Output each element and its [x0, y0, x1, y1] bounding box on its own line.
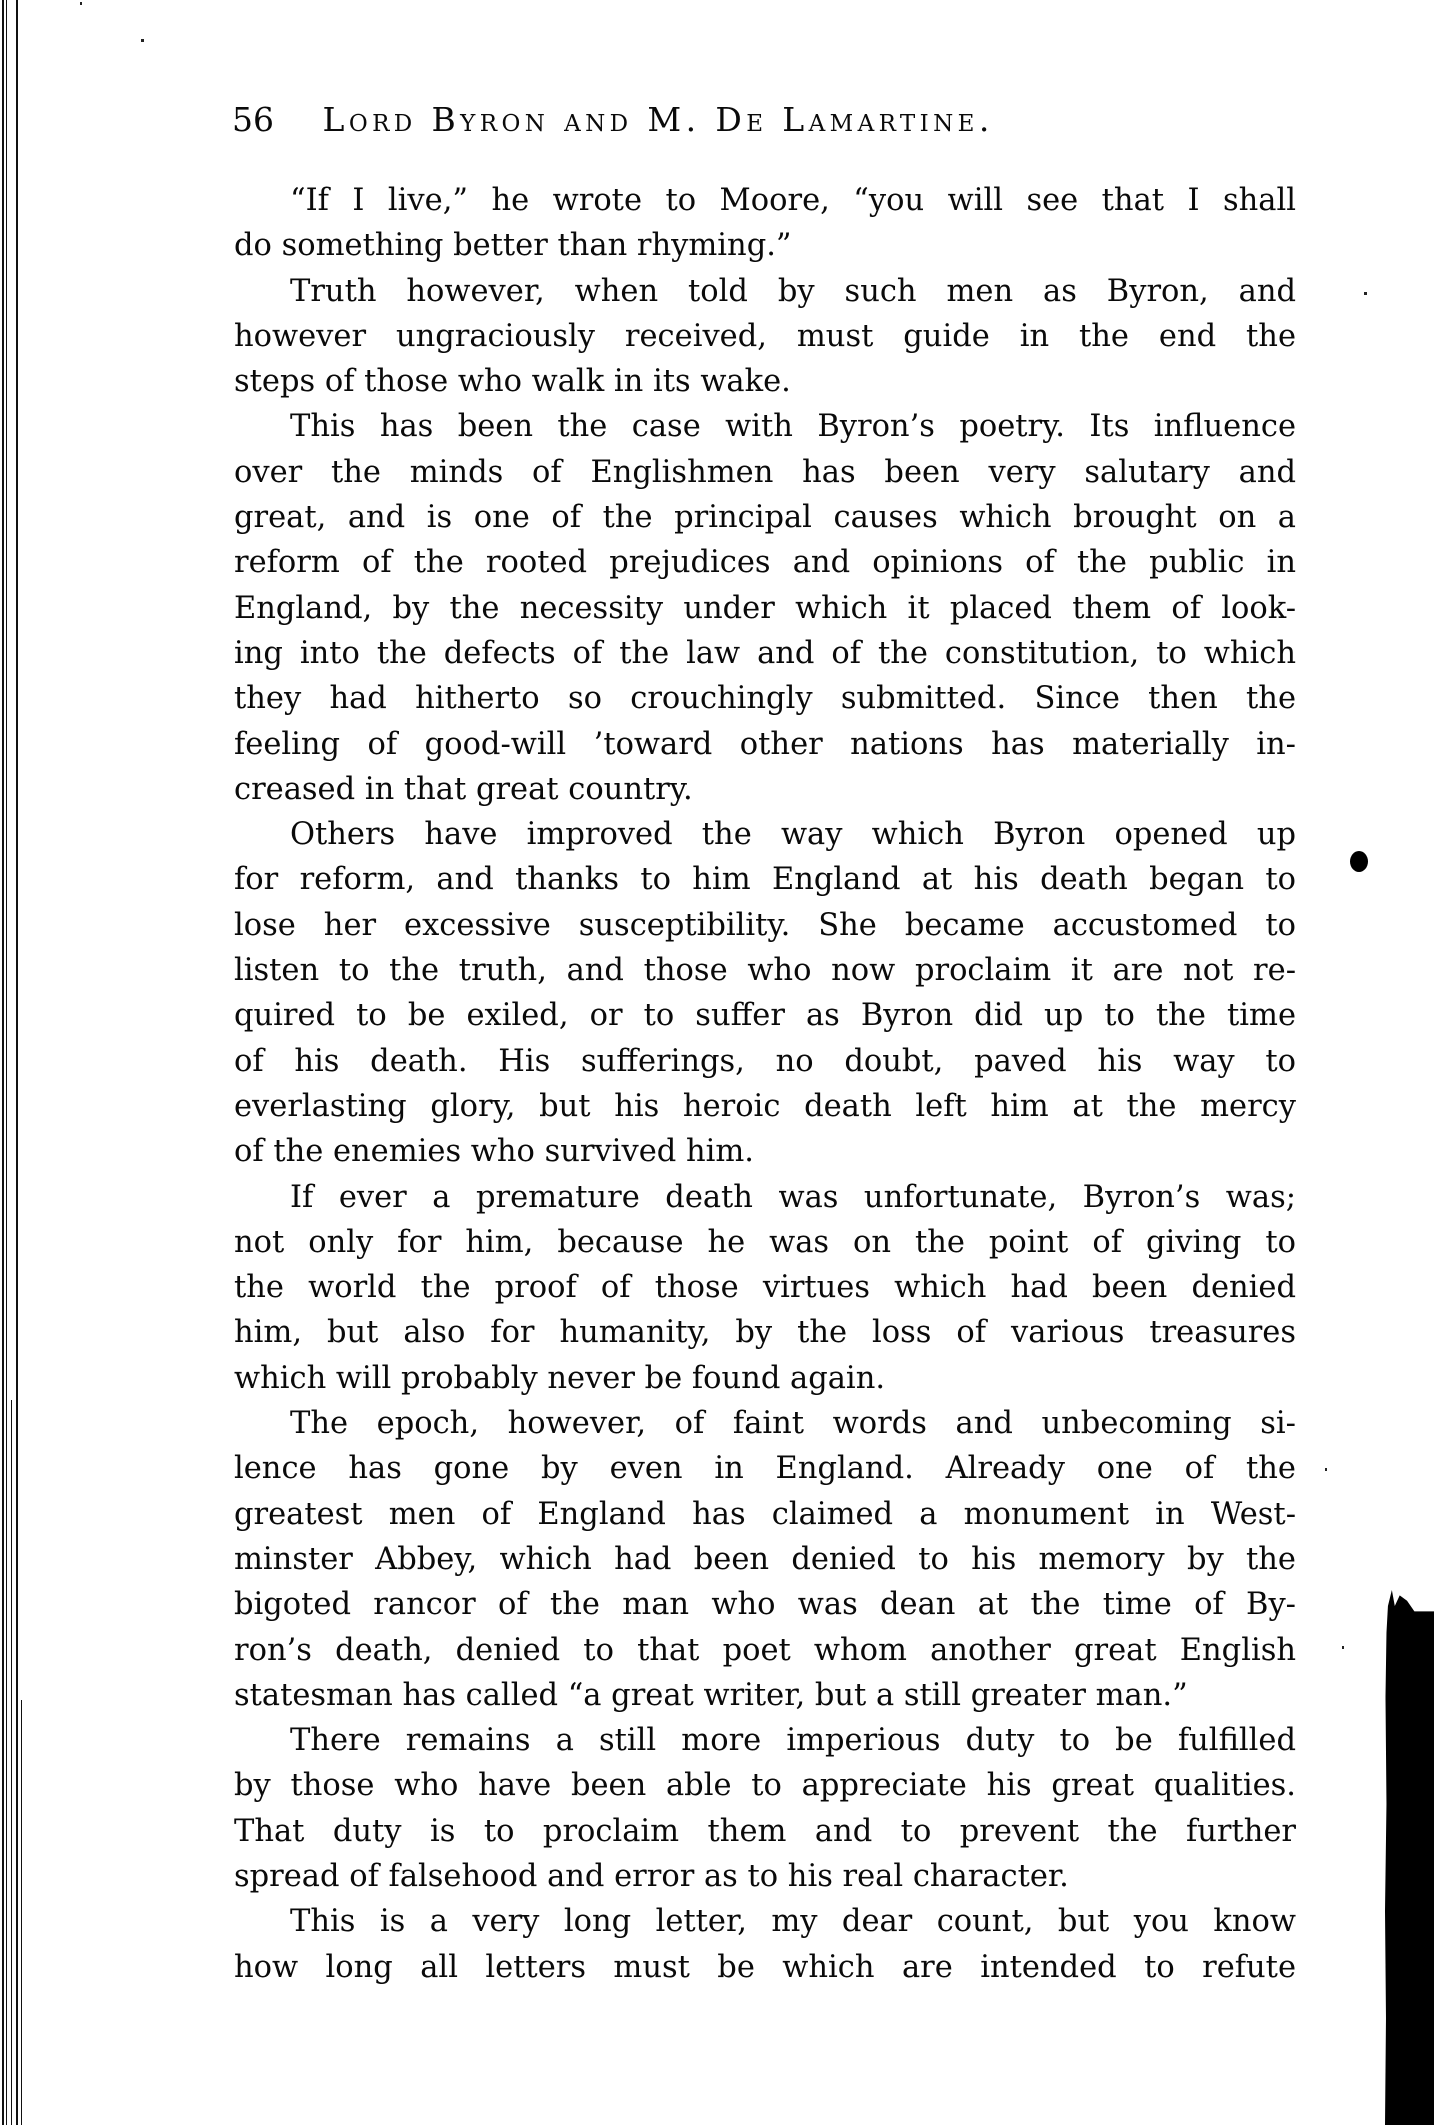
text-line: ing into the defects of the law and of t…: [234, 631, 1296, 676]
paragraph: The epoch, however, of faint words and u…: [234, 1401, 1296, 1718]
gutter-line: [16, 0, 18, 2125]
text-line: England, by the necessity under which it…: [234, 586, 1296, 631]
speck: [1364, 292, 1367, 295]
text-line: statesman has called “a great writer, bu…: [234, 1673, 1296, 1718]
speck: [141, 39, 144, 42]
text-line: they had hitherto so crouchingly submitt…: [234, 676, 1296, 721]
text-line: everlasting glory, but his heroic death …: [234, 1084, 1296, 1129]
text-line: creased in that great country.: [234, 767, 1296, 812]
text-line: The epoch, however, of faint words and u…: [234, 1401, 1296, 1446]
gutter-line: [11, 1400, 12, 2125]
text-line: greatest men of England has claimed a mo…: [234, 1492, 1296, 1537]
text-line: reform of the rooted prejudices and opin…: [234, 540, 1296, 585]
paragraph: This has been the case with Byron’s poet…: [234, 404, 1296, 812]
text-line: bigoted rancor of the man who was dean a…: [234, 1582, 1296, 1627]
text-line: “If I live,” he wrote to Moore, “you wil…: [234, 178, 1296, 223]
text-line: feeling of good-will ’toward other natio…: [234, 722, 1296, 767]
page-edge-shadow: [1385, 1590, 1434, 2125]
text-line: There remains a still more imperious dut…: [234, 1718, 1296, 1763]
text-line: minster Abbey, which had been denied to …: [234, 1537, 1296, 1582]
paragraph: Truth however, when told by such men as …: [234, 269, 1296, 405]
text-line: This has been the case with Byron’s poet…: [234, 404, 1296, 449]
running-head: 56 Lord Byron and M. De Lamartine.: [232, 98, 994, 142]
paragraph: If ever a premature death was unfortunat…: [234, 1175, 1296, 1401]
text-line: how long all letters must be which are i…: [234, 1945, 1296, 1990]
text-line: ron’s death, denied to that poet whom an…: [234, 1628, 1296, 1673]
text-line: Truth however, when told by such men as …: [234, 269, 1296, 314]
paragraph: This is a very long letter, my dear coun…: [234, 1899, 1296, 1990]
gutter-line: [2, 0, 4, 2125]
text-line: of his death. His sufferings, no doubt, …: [234, 1039, 1296, 1084]
text-line: however ungraciously received, must guid…: [234, 314, 1296, 359]
speck: [1325, 1468, 1327, 1471]
text-line: of the enemies who survived him.: [234, 1129, 1296, 1174]
text-line: which will probably never be found again…: [234, 1356, 1296, 1401]
text-line: quired to be exiled, or to suffer as Byr…: [234, 993, 1296, 1038]
text-line: spread of falsehood and error as to his …: [234, 1854, 1296, 1899]
paragraph: There remains a still more imperious dut…: [234, 1718, 1296, 1899]
gutter-line: [6, 0, 7, 2125]
text-line: over the minds of Englishmen has been ve…: [234, 450, 1296, 495]
text-line: him, but also for humanity, by the loss …: [234, 1310, 1296, 1355]
speck: [1342, 1646, 1344, 1649]
text-line: do something better than rhyming.”: [234, 223, 1296, 268]
text-line: That duty is to proclaim them and to pre…: [234, 1809, 1296, 1854]
speck: [80, 2, 82, 5]
text-line: This is a very long letter, my dear coun…: [234, 1899, 1296, 1944]
body-text: “If I live,” he wrote to Moore, “you wil…: [234, 178, 1296, 1990]
text-line: steps of those who walk in its wake.: [234, 359, 1296, 404]
text-line: Others have improved the way which Byron…: [234, 812, 1296, 857]
text-line: for reform, and thanks to him England at…: [234, 857, 1296, 902]
paragraph: Others have improved the way which Byron…: [234, 812, 1296, 1174]
text-line: If ever a premature death was unfortunat…: [234, 1175, 1296, 1220]
text-line: by those who have been able to appreciat…: [234, 1763, 1296, 1808]
text-line: lose her excessive susceptibility. She b…: [234, 903, 1296, 948]
gutter-line: [21, 1700, 22, 2125]
ink-blot: [1350, 851, 1368, 872]
page-number: 56: [232, 98, 274, 142]
text-line: great, and is one of the principal cause…: [234, 495, 1296, 540]
paragraph: “If I live,” he wrote to Moore, “you wil…: [234, 178, 1296, 269]
text-line: not only for him, because he was on the …: [234, 1220, 1296, 1265]
text-line: listen to the truth, and those who now p…: [234, 948, 1296, 993]
book-gutter: [0, 0, 26, 2125]
running-head-title: Lord Byron and M. De Lamartine.: [323, 98, 994, 142]
text-line: lence has gone by even in England. Alrea…: [234, 1446, 1296, 1491]
text-line: the world the proof of those virtues whi…: [234, 1265, 1296, 1310]
